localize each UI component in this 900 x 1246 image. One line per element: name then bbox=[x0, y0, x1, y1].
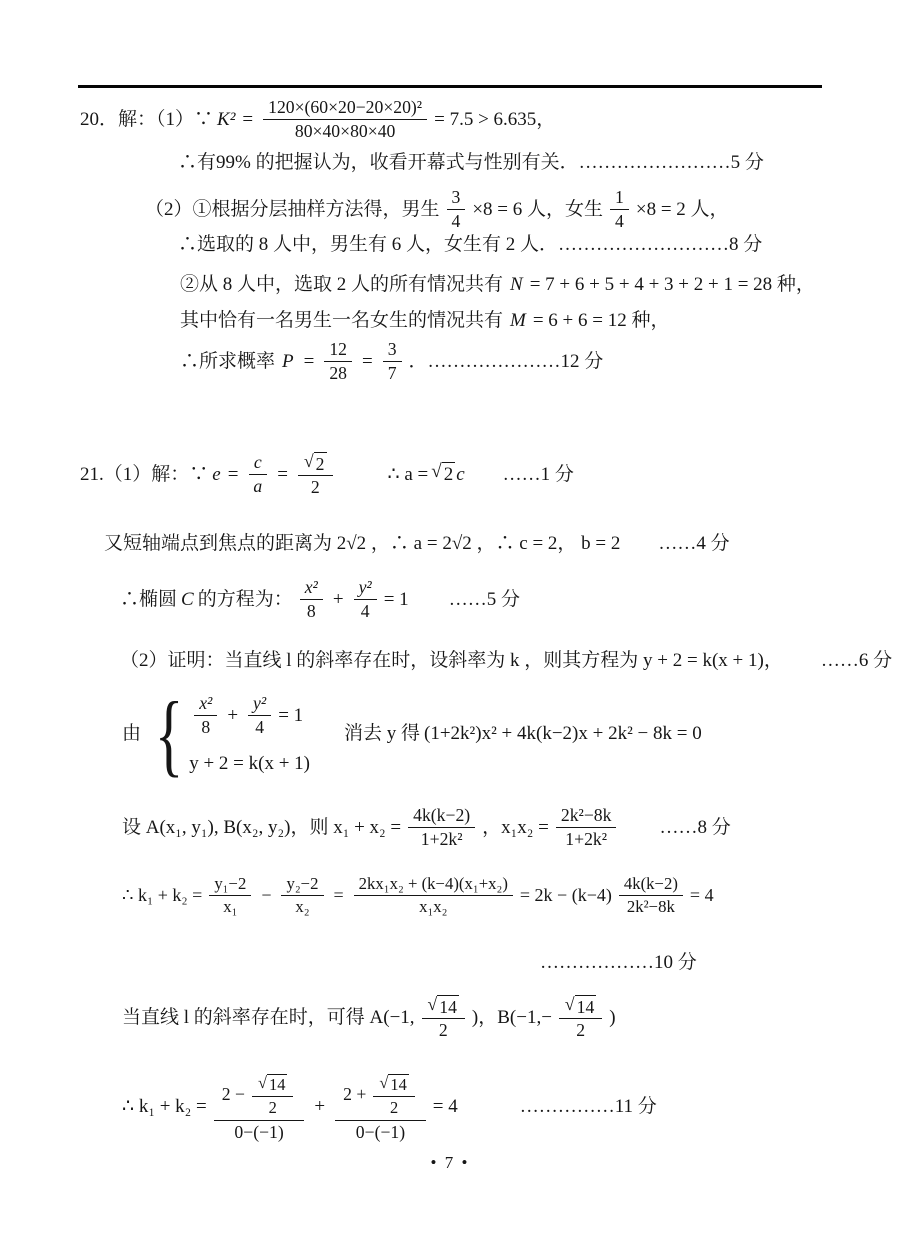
fraction: y² 4 bbox=[354, 576, 377, 623]
plus-sign: + bbox=[314, 1094, 325, 1120]
fraction: y₁−2 x₁ bbox=[209, 873, 251, 918]
equals-sign: = bbox=[362, 349, 373, 375]
equation-text: = 4 bbox=[690, 883, 714, 907]
fraction-numerator: y₁−2 bbox=[209, 873, 251, 896]
fraction-numerator: √ 14 bbox=[373, 1072, 414, 1097]
q20-line-6: 其中恰有一名男生一名女生的情况共有 M = 6 + 6 = 12 种， bbox=[178, 308, 672, 334]
square-root: √ 14 bbox=[565, 995, 596, 1018]
q21-line-5: 由 { x² 8 + y² 4 = 1 y + 2 = k(x + 1) 消去 … bbox=[120, 692, 704, 777]
solution-text: )，B(−1,− bbox=[472, 1005, 552, 1031]
fraction-numerator: x² bbox=[300, 576, 323, 600]
fraction-numerator: 2k²−8k bbox=[556, 804, 617, 828]
system-rows: x² 8 + y² 4 = 1 y + 2 = k(x + 1) bbox=[189, 692, 310, 777]
fraction-denominator: 2 bbox=[306, 476, 325, 499]
radicand: 14 bbox=[267, 1074, 287, 1096]
q21-line-3: ∴椭圆 C 的方程为： x² 8 + y² 4 = 1 ……5 分 bbox=[118, 576, 520, 623]
fraction-denominator: 7 bbox=[383, 362, 402, 385]
fraction-numerator: 2kx₁x₂ + (k−4)(x₁+x₂) bbox=[354, 873, 513, 896]
equals-sign: = bbox=[228, 462, 239, 488]
fraction: y² 4 bbox=[248, 692, 271, 739]
fraction-numerator: 2 + √ 14 2 bbox=[335, 1070, 426, 1121]
q21-line-6: 设 A(x₁, y₁), B(x₂, y₂)，则 x₁ + x₂ = 4k(k−… bbox=[120, 804, 731, 851]
equation-text: 2 + bbox=[343, 1083, 366, 1106]
fraction-denominator: 2 bbox=[385, 1097, 403, 1118]
q21-line-7: ∴ k₁ + k₂ = y₁−2 x₁ − y₂−2 x₂ = 2kx₁x₂ +… bbox=[120, 873, 716, 918]
square-root: √ 14 bbox=[258, 1074, 287, 1096]
q20-line-7: ∴所求概率 P = 12 28 = 3 7 ．…………………12 分 bbox=[178, 338, 605, 385]
fraction: 120×(60×20−20×20)² 80×40×80×40 bbox=[263, 96, 427, 143]
fraction-numerator: 1 bbox=[610, 186, 629, 210]
radicand: 2 bbox=[314, 452, 327, 475]
solution-text: = 7 + 6 + 5 + 4 + 3 + 2 + 1 = 28 种， bbox=[530, 272, 815, 298]
fraction-denominator: 4 bbox=[250, 716, 269, 739]
radicand: 2 bbox=[442, 462, 456, 487]
equals-sign: = bbox=[334, 883, 344, 907]
equals-sign: = bbox=[304, 349, 315, 375]
fraction: y₂−2 x₂ bbox=[281, 873, 323, 918]
fraction-denominator: 8 bbox=[196, 716, 215, 739]
fraction: 3 7 bbox=[383, 338, 402, 385]
square-root: √ 14 bbox=[428, 995, 459, 1018]
system-row-2: y + 2 = k(x + 1) bbox=[189, 751, 310, 777]
variable-c: c bbox=[456, 462, 464, 488]
solution-text: = 1 bbox=[384, 587, 409, 613]
equation-text: = 2k − (k−4) bbox=[520, 883, 612, 907]
fraction-denominator: 28 bbox=[324, 362, 352, 385]
solution-text: ∴有99% 的把握认为，收看开幕式与性别有关．……………………5 分 bbox=[178, 150, 764, 176]
fraction-denominator: 2 bbox=[434, 1019, 453, 1042]
square-root: √ 14 bbox=[379, 1074, 408, 1096]
square-root: √ 2 bbox=[304, 452, 327, 475]
solution-text: ∴ k₁ + k₂ = bbox=[122, 1094, 207, 1120]
score-marker: ……5 分 bbox=[449, 587, 520, 613]
solution-text: 设 A(x₁, y₁), B(x₂, y₂)，则 x₁ + x₂ = bbox=[122, 815, 401, 841]
plus-sign: + bbox=[227, 703, 238, 729]
big-fraction: 2 − √ 14 2 0−(−1) bbox=[214, 1070, 305, 1144]
equation-text: y + 2 = k(x + 1) bbox=[189, 751, 310, 777]
fraction: x² 8 bbox=[194, 692, 217, 739]
plus-sign: + bbox=[333, 587, 344, 613]
q21-line-8: ………………10 分 bbox=[540, 950, 697, 976]
variable-e: e bbox=[212, 462, 220, 488]
fraction-denominator: 1+2k² bbox=[416, 828, 468, 851]
square-root: √ 2 bbox=[431, 462, 455, 487]
radicand: 14 bbox=[575, 995, 597, 1018]
variable-m: M bbox=[510, 308, 526, 334]
fraction-denominator: 1+2k² bbox=[560, 828, 612, 851]
fraction-denominator: x₁ bbox=[218, 896, 242, 918]
q21-line-2: 又短轴端点到焦点的距离为 2√2 ，∴ a = 2√2 ，∴ c = 2， b … bbox=[104, 531, 730, 557]
fraction-numerator: 3 bbox=[447, 186, 466, 210]
radicand: 14 bbox=[388, 1074, 408, 1096]
solution-text: 消去 y 得 bbox=[344, 721, 420, 747]
fraction: 3 4 bbox=[447, 186, 466, 233]
equation-text: = 1 bbox=[278, 703, 303, 729]
solution-text: 又短轴端点到焦点的距离为 2√2 ，∴ a = 2√2 ，∴ c = 2， b … bbox=[104, 531, 620, 557]
equals-sign: = bbox=[242, 107, 253, 133]
sqrt-sign: √ bbox=[565, 995, 575, 1014]
solution-text: 21.（1）解：∵ bbox=[80, 462, 208, 488]
fraction-denominator: 80×40×80×40 bbox=[290, 120, 401, 143]
fraction: 1 4 bbox=[610, 186, 629, 233]
header-divider-rule bbox=[78, 85, 822, 88]
fraction: √ 2 2 bbox=[298, 450, 333, 499]
score-marker: ……6 分 bbox=[821, 648, 892, 674]
fraction: x² 8 bbox=[300, 576, 323, 623]
solution-text: = 6 + 6 = 12 种， bbox=[533, 308, 670, 334]
equals-sign: = bbox=[277, 462, 288, 488]
q20-line-1: 20．解：（1）∵ K² = 120×(60×20−20×20)² 80×40×… bbox=[78, 96, 557, 143]
fraction-denominator: x₂ bbox=[290, 896, 314, 918]
system-row-1: x² 8 + y² 4 = 1 bbox=[189, 692, 305, 739]
fraction-denominator: 2 bbox=[264, 1097, 282, 1118]
fraction-numerator: 4k(k−2) bbox=[408, 804, 475, 828]
q20-line-4: ∴选取的 8 人中，男生有 6 人，女生有 2 人．………………………8 分 bbox=[178, 232, 762, 258]
fraction-numerator: 2 − √ 14 2 bbox=[214, 1070, 305, 1121]
fraction-denominator: 4 bbox=[356, 600, 375, 623]
fraction-numerator: √ 14 bbox=[559, 993, 602, 1019]
q21-line-10: ∴ k₁ + k₂ = 2 − √ 14 2 0−(−1) + 2 + bbox=[120, 1070, 657, 1144]
fraction: c a bbox=[248, 451, 267, 498]
equation-text: (1+2k²)x² + 4k(k−2)x + 2k² − 8k = 0 bbox=[424, 721, 702, 747]
solution-text: ②从 8 人中，选取 2 人的所有情况共有 bbox=[180, 272, 503, 298]
equation-system: { x² 8 + y² 4 = 1 y + 2 = k(x + 1) bbox=[147, 692, 310, 777]
fraction-denominator: 0−(−1) bbox=[229, 1121, 288, 1144]
fraction-denominator: 8 bbox=[302, 600, 321, 623]
fraction-numerator: 3 bbox=[383, 338, 402, 362]
fraction-numerator: 12 bbox=[324, 338, 352, 362]
q20-line-2: ∴有99% 的把握认为，收看开幕式与性别有关．……………………5 分 bbox=[178, 150, 764, 176]
fraction-numerator: x² bbox=[194, 692, 217, 716]
fraction: 4k(k−2) 2k²−8k bbox=[619, 873, 683, 918]
q21-line-4: （2）证明：当直线 l 的斜率存在时，设斜率为 k ，则其方程为 y + 2 =… bbox=[120, 648, 892, 674]
score-marker: ．…………………12 分 bbox=[409, 349, 604, 375]
solution-text: ) bbox=[609, 1005, 615, 1031]
fraction-denominator: 4 bbox=[610, 210, 629, 233]
brace-symbol: { bbox=[155, 695, 184, 773]
fraction-denominator: x₁x₂ bbox=[414, 896, 452, 918]
solution-text: 20．解：（1）∵ bbox=[80, 107, 213, 133]
q20-line-5: ②从 8 人中，选取 2 人的所有情况共有 N = 7 + 6 + 5 + 4 … bbox=[178, 272, 817, 298]
fraction-numerator: c bbox=[249, 451, 267, 475]
solution-text: （2）证明：当直线 l 的斜率存在时，设斜率为 k ，则其方程为 y + 2 =… bbox=[120, 648, 783, 674]
solution-text: （2）①根据分层抽样方法得，男生 bbox=[145, 197, 440, 223]
fraction-numerator: 4k(k−2) bbox=[619, 873, 683, 896]
fraction: √ 14 2 bbox=[422, 993, 465, 1042]
solution-text: ∴选取的 8 人中，男生有 6 人，女生有 2 人．………………………8 分 bbox=[178, 232, 762, 258]
big-fraction: 2 + √ 14 2 0−(−1) bbox=[335, 1070, 426, 1144]
solution-text: 的方程为： bbox=[198, 587, 293, 613]
fraction-denominator: 2 bbox=[571, 1019, 590, 1042]
fraction-numerator: y² bbox=[354, 576, 377, 600]
score-marker: ……1 分 bbox=[503, 462, 574, 488]
page-number: • 7 • bbox=[0, 1153, 900, 1173]
equation-text: 2 − bbox=[222, 1083, 245, 1106]
score-marker: ……4 分 bbox=[658, 531, 729, 557]
fraction: 4k(k−2) 1+2k² bbox=[408, 804, 475, 851]
fraction-numerator: √ 2 bbox=[298, 450, 333, 476]
solution-text: 当直线 l 的斜率存在时，可得 A(−1, bbox=[122, 1005, 415, 1031]
fraction: 2kx₁x₂ + (k−4)(x₁+x₂) x₁x₂ bbox=[354, 873, 513, 918]
score-marker: ……………11 分 bbox=[520, 1094, 657, 1120]
sqrt-sign: √ bbox=[304, 452, 314, 471]
radicand: 14 bbox=[437, 995, 459, 1018]
fraction: 2k²−8k 1+2k² bbox=[556, 804, 617, 851]
solution-text: ×8 = 2 人， bbox=[636, 197, 729, 223]
fraction-numerator: y₂−2 bbox=[281, 873, 323, 896]
q21-line-9: 当直线 l 的斜率存在时，可得 A(−1, √ 14 2 )，B(−1,− √ … bbox=[120, 993, 618, 1042]
solution-text: ∴所求概率 bbox=[180, 349, 275, 375]
fraction-numerator: 120×(60×20−20×20)² bbox=[263, 96, 427, 120]
variable-p: P bbox=[282, 349, 294, 375]
q21-line-1: 21.（1）解：∵ e = c a = √ 2 2 ∴ a = √ 2 c ……… bbox=[78, 450, 574, 499]
fraction: 12 28 bbox=[324, 338, 352, 385]
fraction-denominator: 4 bbox=[447, 210, 466, 233]
fraction-numerator: y² bbox=[248, 692, 271, 716]
fraction: √ 14 2 bbox=[252, 1072, 293, 1118]
variable-n: N bbox=[510, 272, 523, 298]
score-marker: ………………10 分 bbox=[540, 950, 697, 976]
fraction-numerator: √ 14 bbox=[422, 993, 465, 1019]
solution-text: = 7.5 > 6.635， bbox=[434, 107, 555, 133]
q20-line-3: （2）①根据分层抽样方法得，男生 3 4 ×8 = 6 人，女生 1 4 ×8 … bbox=[143, 186, 731, 233]
sqrt-sign: √ bbox=[431, 462, 441, 483]
fraction: √ 14 2 bbox=[559, 993, 602, 1042]
solution-text: ×8 = 6 人，女生 bbox=[472, 197, 603, 223]
fraction-denominator: 0−(−1) bbox=[351, 1121, 410, 1144]
solution-text: ∴椭圆 bbox=[120, 587, 177, 613]
sqrt-sign: √ bbox=[258, 1074, 267, 1092]
fraction: √ 14 2 bbox=[373, 1072, 414, 1118]
solution-text: 其中恰有一名男生一名女生的情况共有 bbox=[180, 308, 503, 334]
score-marker: ……8 分 bbox=[659, 815, 730, 841]
solution-text: ，x₁x₂ = bbox=[482, 815, 549, 841]
equation-text: = 4 bbox=[433, 1094, 458, 1120]
sqrt-sign: √ bbox=[379, 1074, 388, 1092]
minus-sign: − bbox=[261, 883, 271, 907]
solution-text: ∴ k₁ + k₂ = bbox=[122, 883, 202, 907]
variable-k-squared: K² bbox=[217, 107, 235, 133]
variable-c-ellipse: C bbox=[181, 587, 194, 613]
fraction-denominator: 2k²−8k bbox=[622, 896, 680, 918]
solution-text: ∴ a = bbox=[388, 462, 429, 488]
exam-answer-page: { "sym": { "sqrt": "√" }, "page": { "foo… bbox=[0, 0, 900, 1246]
fraction-denominator: a bbox=[248, 475, 267, 498]
sqrt-sign: √ bbox=[428, 995, 438, 1014]
solution-text: 由 bbox=[122, 721, 141, 747]
fraction-numerator: √ 14 bbox=[252, 1072, 293, 1097]
